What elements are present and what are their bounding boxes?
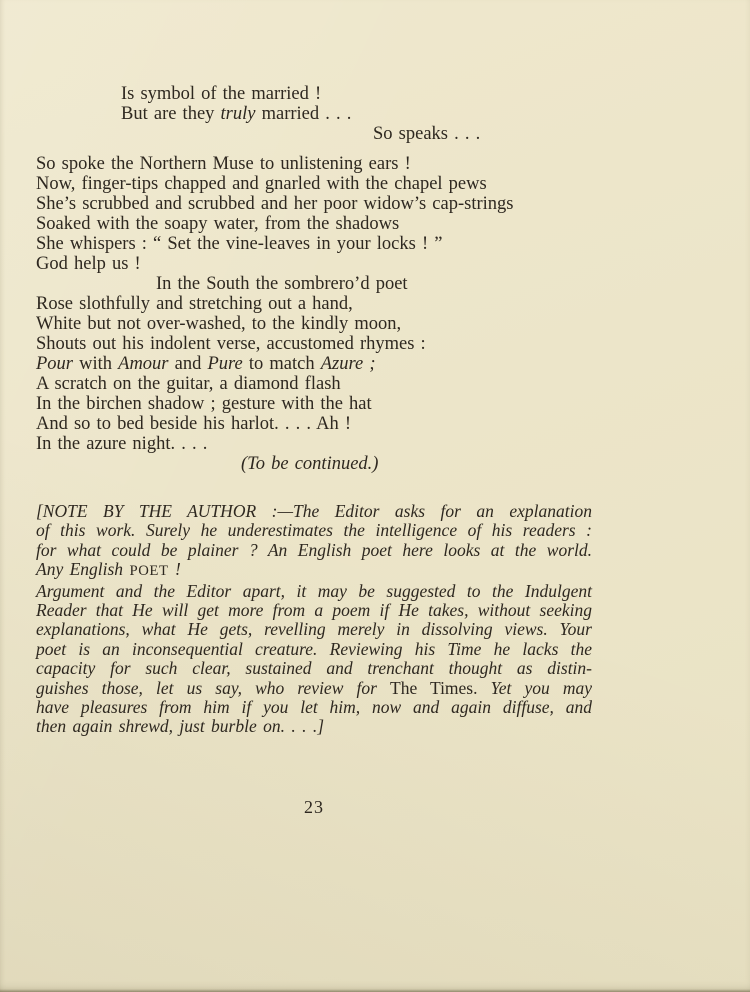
poem-line: In the birchen shadow ; gesture with the… bbox=[36, 394, 592, 414]
note-line: Reader that He will get more from a poem… bbox=[36, 601, 592, 620]
page-number: 23 bbox=[36, 797, 592, 818]
text-segment: guishes those, let us say, who review fo… bbox=[36, 678, 390, 698]
text-segment: She’s scrubbed and scrubbed and her poor… bbox=[36, 194, 513, 214]
poem-line: White but not over-washed, to the kindly… bbox=[36, 314, 592, 334]
text-segment: Shouts out his indolent verse, accustome… bbox=[36, 334, 426, 354]
poem-line: Rose slothfully and stretching out a han… bbox=[36, 294, 592, 314]
poem-line: Soaked with the soapy water, from the sh… bbox=[36, 214, 592, 234]
poem-line: A scratch on the guitar, a diamond flash bbox=[36, 374, 592, 394]
text-segment: So speaks . . . bbox=[373, 124, 480, 144]
text-segment: Rose slothfully and stretching out a han… bbox=[36, 294, 353, 314]
text-segment: In the South the sombrero’d poet bbox=[156, 274, 408, 294]
poem-line: She whispers : “ Set the vine-leaves in … bbox=[36, 234, 592, 254]
text-segment: White but not over-washed, to the kindly… bbox=[36, 314, 401, 334]
text-segment: POET bbox=[129, 563, 168, 579]
poem-line: Shouts out his indolent verse, accustome… bbox=[36, 334, 592, 354]
note-line: Argument and the Editor apart, it may be… bbox=[36, 582, 592, 601]
book-page: Is symbol of the married !But are they t… bbox=[0, 0, 750, 992]
note-line: [NOTE BY THE AUTHOR :—The Editor asks fo… bbox=[36, 502, 592, 521]
text-segment: In the azure night. . . . bbox=[36, 434, 207, 454]
text-segment: Soaked with the soapy water, from the sh… bbox=[36, 214, 399, 234]
text-segment: explanations, what He gets, revelling me… bbox=[36, 619, 592, 639]
text-segment: Reader that He will get more from a poem… bbox=[36, 600, 592, 620]
note-line: for what could be plainer ? An English p… bbox=[36, 541, 592, 560]
text-segment: Yet you may bbox=[478, 678, 592, 698]
text-segment: So spoke the Northern Muse to unlistenin… bbox=[36, 154, 411, 174]
note-line: then again shrewd, just burble on. . . .… bbox=[36, 717, 592, 736]
poem-line: Now, finger-tips chapped and gnarled wit… bbox=[36, 174, 592, 194]
text-segment: and bbox=[169, 354, 208, 374]
text-segment: with bbox=[73, 354, 118, 374]
text-segment: She whispers : “ Set the vine-leaves in … bbox=[36, 234, 442, 254]
author-note: [NOTE BY THE AUTHOR :—The Editor asks fo… bbox=[36, 502, 592, 737]
text-segment: then again shrewd, just burble on. . . .… bbox=[36, 716, 324, 736]
note-line: capacity for such clear, sustained and t… bbox=[36, 659, 592, 678]
text-segment: to match bbox=[243, 354, 321, 374]
text-segment: Pour bbox=[36, 354, 73, 374]
text-segment: poet is an inconsequential creature. Rev… bbox=[36, 639, 592, 659]
text-segment: The Times. bbox=[390, 678, 478, 698]
text-segment: for what could be plainer ? An English p… bbox=[36, 540, 592, 560]
text-segment: Now, finger-tips chapped and gnarled wit… bbox=[36, 174, 487, 194]
text-segment: A scratch on the guitar, a diamond flash bbox=[36, 374, 341, 394]
text-segment: God help us ! bbox=[36, 254, 141, 274]
text-segment: Any English bbox=[36, 559, 129, 579]
poem-line: Pour with Amour and Pure to match Azure … bbox=[36, 354, 592, 374]
text-segment: truly bbox=[221, 104, 256, 124]
text-segment: capacity for such clear, sustained and t… bbox=[36, 658, 592, 678]
note-line: have pleasures from him if you let him, … bbox=[36, 698, 592, 717]
text-segment: [NOTE BY THE AUTHOR :—The Editor asks fo… bbox=[36, 501, 592, 521]
poem-line: And so to bed beside his harlot. . . . A… bbox=[36, 414, 592, 434]
text-segment: married . . . bbox=[256, 104, 352, 124]
text-segment: Pure bbox=[207, 354, 242, 374]
poem-line: Is symbol of the married ! bbox=[36, 84, 592, 104]
text-segment: Is symbol of the married ! bbox=[121, 84, 321, 104]
text-segment: of this work. Surely he underestimates t… bbox=[36, 520, 592, 540]
text-segment: ! bbox=[169, 559, 181, 579]
note-line: Any English POET ! bbox=[36, 560, 592, 581]
poem-line: So spoke the Northern Muse to unlistenin… bbox=[36, 154, 592, 174]
poem-line: God help us ! bbox=[36, 254, 592, 274]
text-segment: Argument and the Editor apart, it may be… bbox=[36, 581, 592, 601]
text-segment: And so to bed beside his harlot. . . . A… bbox=[36, 414, 351, 434]
text-segment: Amour bbox=[118, 354, 168, 374]
text-segment: But are they bbox=[121, 104, 221, 124]
note-line: explanations, what He gets, revelling me… bbox=[36, 620, 592, 639]
page-content: Is symbol of the married !But are they t… bbox=[36, 84, 592, 818]
poem-line: But are they truly married . . . bbox=[36, 104, 592, 124]
text-segment: (To be continued.) bbox=[241, 454, 378, 474]
text-segment: In the birchen shadow ; gesture with the… bbox=[36, 394, 372, 414]
note-line: guishes those, let us say, who review fo… bbox=[36, 679, 592, 698]
text-segment: Azure ; bbox=[321, 354, 376, 374]
poem: Is symbol of the married !But are they t… bbox=[36, 84, 592, 474]
poem-line: She’s scrubbed and scrubbed and her poor… bbox=[36, 194, 592, 214]
poem-line: In the South the sombrero’d poet bbox=[36, 274, 592, 294]
note-line: poet is an inconsequential creature. Rev… bbox=[36, 640, 592, 659]
note-line: of this work. Surely he underestimates t… bbox=[36, 521, 592, 540]
poem-line: In the azure night. . . . bbox=[36, 434, 592, 454]
poem-line: So speaks . . . bbox=[36, 124, 592, 144]
text-segment: have pleasures from him if you let him, … bbox=[36, 697, 592, 717]
poem-line: (To be continued.) bbox=[36, 454, 592, 474]
